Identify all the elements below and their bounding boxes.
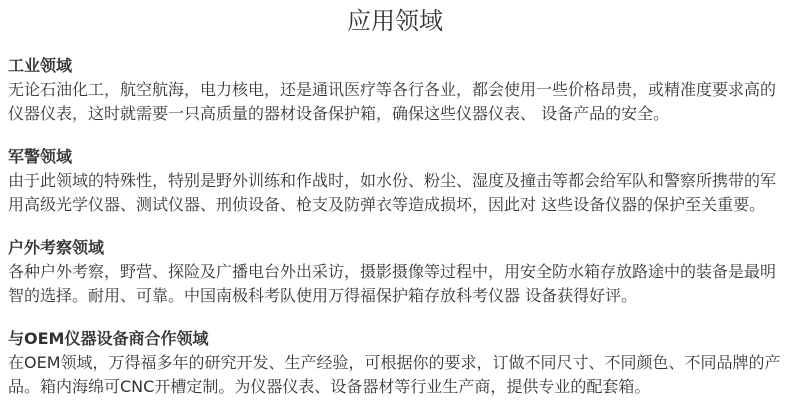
- section-military-police-body: 由于此领域的特殊性，特别是野外训练和作战时，如水份、粉尘、湿度及撞击等都会给军队…: [8, 169, 782, 217]
- section-military-police: 军警领域 由于此领域的特殊性，特别是野外训练和作战时，如水份、粉尘、湿度及撞击等…: [8, 145, 782, 217]
- section-oem-cooperation-body: 在OEM领域，万得福多年的研究开发、生产经验，可根据你的要求，订做不同尺寸、不同…: [8, 351, 782, 399]
- section-industrial-heading: 工业领域: [8, 54, 782, 78]
- section-oem-cooperation-heading: 与OEM仪器设备商合作领域: [8, 327, 782, 351]
- section-industrial: 工业领域 无论石油化工，航空航海，电力核电，还是通讯医疗等各行各业，都会使用一些…: [8, 54, 782, 126]
- page-title: 应用领域: [8, 3, 782, 39]
- section-outdoor-expedition-body: 各种户外考察，野营、探险及广播电台外出采访，摄影摄像等过程中，用安全防水箱存放路…: [8, 260, 782, 308]
- section-outdoor-expedition: 户外考察领域 各种户外考察，野营、探险及广播电台外出采访，摄影摄像等过程中，用安…: [8, 236, 782, 308]
- section-industrial-body: 无论石油化工，航空航海，电力核电，还是通讯医疗等各行各业，都会使用一些价格昂贵，…: [8, 78, 782, 126]
- section-military-police-heading: 军警领域: [8, 145, 782, 169]
- section-outdoor-expedition-heading: 户外考察领域: [8, 236, 782, 260]
- section-oem-cooperation: 与OEM仪器设备商合作领域 在OEM领域，万得福多年的研究开发、生产经验，可根据…: [8, 327, 782, 399]
- application-areas-page: 应用领域 工业领域 无论石油化工，航空航海，电力核电，还是通讯医疗等各行各业，都…: [0, 3, 790, 399]
